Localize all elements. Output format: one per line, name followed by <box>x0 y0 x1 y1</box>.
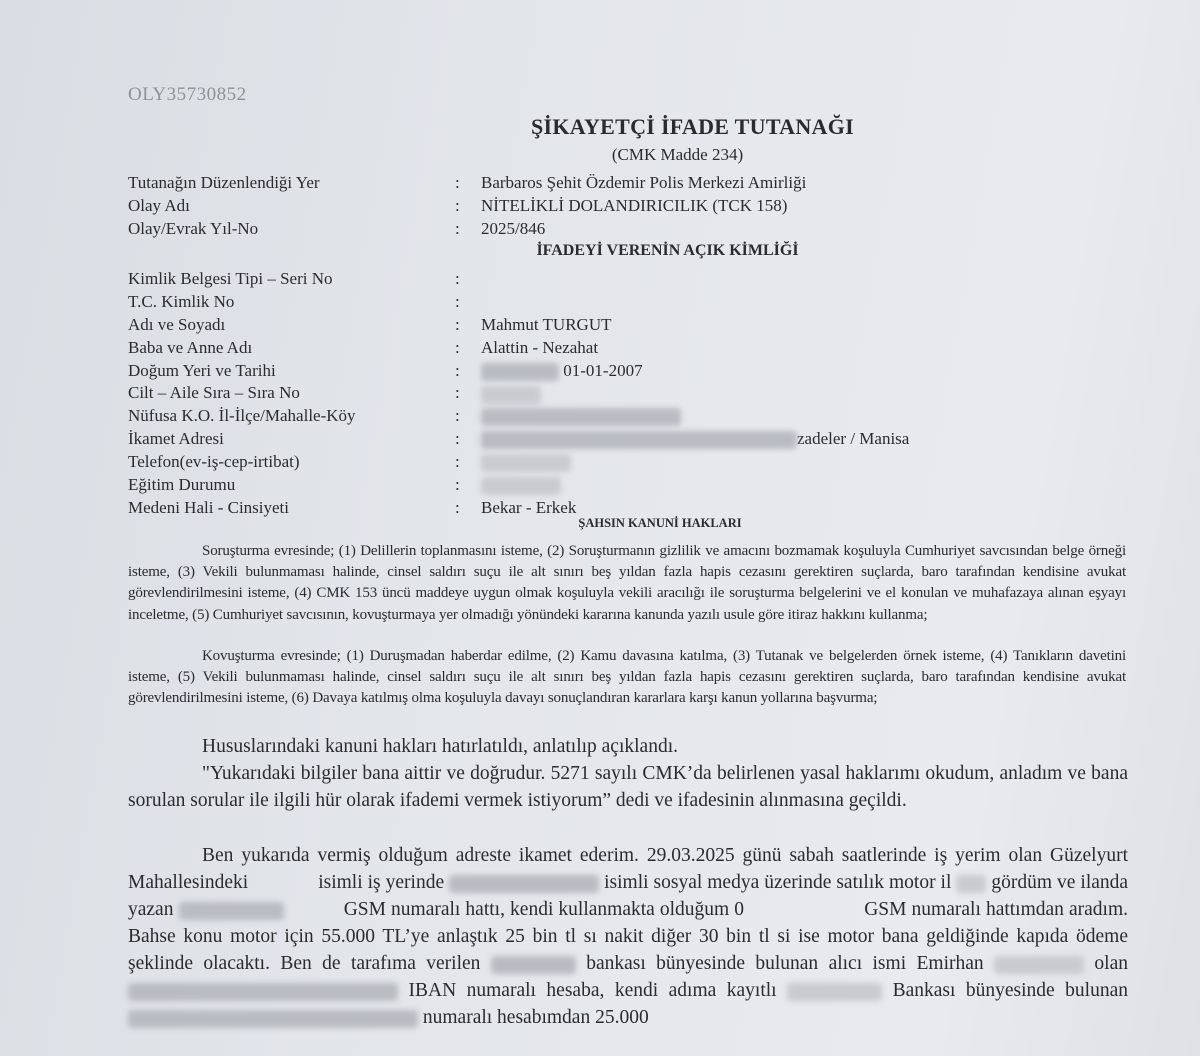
colon: : <box>455 381 481 404</box>
field-label: Adı ve Soyadı <box>128 313 455 336</box>
identity-field: Eğitim Durumu : <box>128 473 909 496</box>
field-label: Tutanağın Düzenlendiği Yer <box>128 171 455 194</box>
statement-text: isimli sosyal medya üzerinde satılık mot… <box>604 872 951 893</box>
redacted-text <box>481 408 681 426</box>
statement-text: numaralı hesabımdan 25.000 <box>423 1007 649 1028</box>
statement-text: isimli iş yerinde <box>318 872 444 893</box>
identity-field: Baba ve Anne Adı : Alattin - Nezahat <box>128 336 909 359</box>
document-id: OLY35730852 <box>128 84 247 106</box>
statement: Ben yukarıda vermiş olduğum adreste ikam… <box>128 842 1128 1031</box>
identity-fields: Kimlik Belgesi Tipi – Seri No : T.C. Kim… <box>128 267 909 519</box>
redacted-text <box>481 386 541 404</box>
field-value: 01-01-2007 <box>481 359 643 382</box>
colon: : <box>455 336 481 359</box>
field-label: Baba ve Anne Adı <box>128 336 455 359</box>
identity-field: Adı ve Soyadı : Mahmut TURGUT <box>128 313 909 336</box>
identity-heading: İFADEYİ VERENİN AÇIK KİMLİĞİ <box>0 242 1200 260</box>
colon: : <box>455 427 481 450</box>
redacted-text <box>491 956 576 974</box>
field-label: Telefon(ev-iş-cep-irtibat) <box>128 450 455 473</box>
redacted-text <box>481 363 559 381</box>
field-value: NİTELİKLİ DOLANDIRICILIK (TCK 158) <box>481 194 787 217</box>
field-label: İkamet Adresi <box>128 427 455 450</box>
document-title: ŞİKAYETÇİ İFADE TUTANAĞI <box>0 114 1200 140</box>
field-value: 2025/846 <box>481 217 545 240</box>
rights-investigation: Soruşturma evresinde; (1) Delillerin top… <box>128 541 1126 626</box>
redacted-text <box>449 875 599 893</box>
statement-text: olan <box>1094 953 1128 974</box>
field-label: Olay Adı <box>128 194 455 217</box>
field-label: Cilt – Aile Sıra – Sıra No <box>128 381 455 404</box>
declaration: "Yukarıdaki bilgiler bana aittir ve doğr… <box>128 760 1128 814</box>
rights-heading: ŞAHSIN KANUNİ HAKLARI <box>0 516 1200 531</box>
field-label: Eğitim Durumu <box>128 473 455 496</box>
colon: : <box>455 290 481 313</box>
redacted-text <box>128 983 398 1001</box>
redacted-text <box>481 454 571 472</box>
statement-text: Bankası bünyesinde bulunan <box>893 980 1128 1001</box>
identity-field: Nüfusa K.O. İl-İlçe/Mahalle-Köy : <box>128 404 909 427</box>
redacted-text <box>749 902 859 920</box>
colon: : <box>455 171 481 194</box>
colon: : <box>455 267 481 290</box>
document-subtitle: (CMK Madde 234) <box>0 145 1200 165</box>
field-value <box>481 450 571 473</box>
redacted-text <box>956 875 986 893</box>
field-label: Olay/Evrak Yıl-No <box>128 217 455 240</box>
field-label: Kimlik Belgesi Tipi – Seri No <box>128 267 455 290</box>
colon: : <box>455 217 481 240</box>
redacted-text <box>179 902 284 920</box>
field-value: zadeler / Manisa <box>481 427 909 450</box>
field-value <box>481 473 561 496</box>
colon: : <box>455 473 481 496</box>
redacted-text <box>128 1010 418 1028</box>
field-value: Alattin - Nezahat <box>481 336 598 359</box>
colon: : <box>455 404 481 427</box>
redacted-text <box>994 956 1084 974</box>
field-value <box>481 404 681 427</box>
redacted-text <box>787 983 882 1001</box>
case-fields: Tutanağın Düzenlendiği Yer : Barbaros Şe… <box>128 171 806 240</box>
field-label: T.C. Kimlik No <box>128 290 455 313</box>
field-label: Doğum Yeri ve Tarihi <box>128 359 455 382</box>
field-value <box>481 381 541 404</box>
rights-reminded: Hususlarındaki kanuni hakları hatırlatıl… <box>128 733 1128 760</box>
colon: : <box>455 194 481 217</box>
identity-field: İkamet Adresi : zadeler / Manisa <box>128 427 909 450</box>
statement-text: GSM numaralı hattı, kendi kullanmakta ol… <box>344 899 744 920</box>
redacted-text <box>253 875 313 893</box>
field-label: Nüfusa K.O. İl-İlçe/Mahalle-Köy <box>128 404 455 427</box>
case-field-location: Tutanağın Düzenlendiği Yer : Barbaros Şe… <box>128 171 806 194</box>
identity-field: T.C. Kimlik No : <box>128 290 909 313</box>
identity-field: Kimlik Belgesi Tipi – Seri No : <box>128 267 909 290</box>
field-value: Barbaros Şehit Özdemir Polis Merkezi Ami… <box>481 171 806 194</box>
identity-field: Doğum Yeri ve Tarihi : 01-01-2007 <box>128 359 909 382</box>
colon: : <box>455 359 481 382</box>
field-value: Mahmut TURGUT <box>481 313 612 336</box>
case-field-file-no: Olay/Evrak Yıl-No : 2025/846 <box>128 217 806 240</box>
redacted-text <box>481 477 561 495</box>
statement-text: bankası bünyesinde bulunan alıcı ismi Em… <box>586 953 983 974</box>
colon: : <box>455 313 481 336</box>
rights-prosecution: Kovuşturma evresinde; (1) Duruşmadan hab… <box>128 646 1126 710</box>
identity-field: Cilt – Aile Sıra – Sıra No : <box>128 381 909 404</box>
identity-field: Telefon(ev-iş-cep-irtibat) : <box>128 450 909 473</box>
redacted-text <box>481 431 797 449</box>
scanned-document: OLY35730852 ŞİKAYETÇİ İFADE TUTANAĞI (CM… <box>0 0 1200 1056</box>
colon: : <box>455 450 481 473</box>
case-field-incident: Olay Adı : NİTELİKLİ DOLANDIRICILIK (TCK… <box>128 194 806 217</box>
statement-text: IBAN numaralı hesaba, kendi adıma kayıtl… <box>408 980 776 1001</box>
